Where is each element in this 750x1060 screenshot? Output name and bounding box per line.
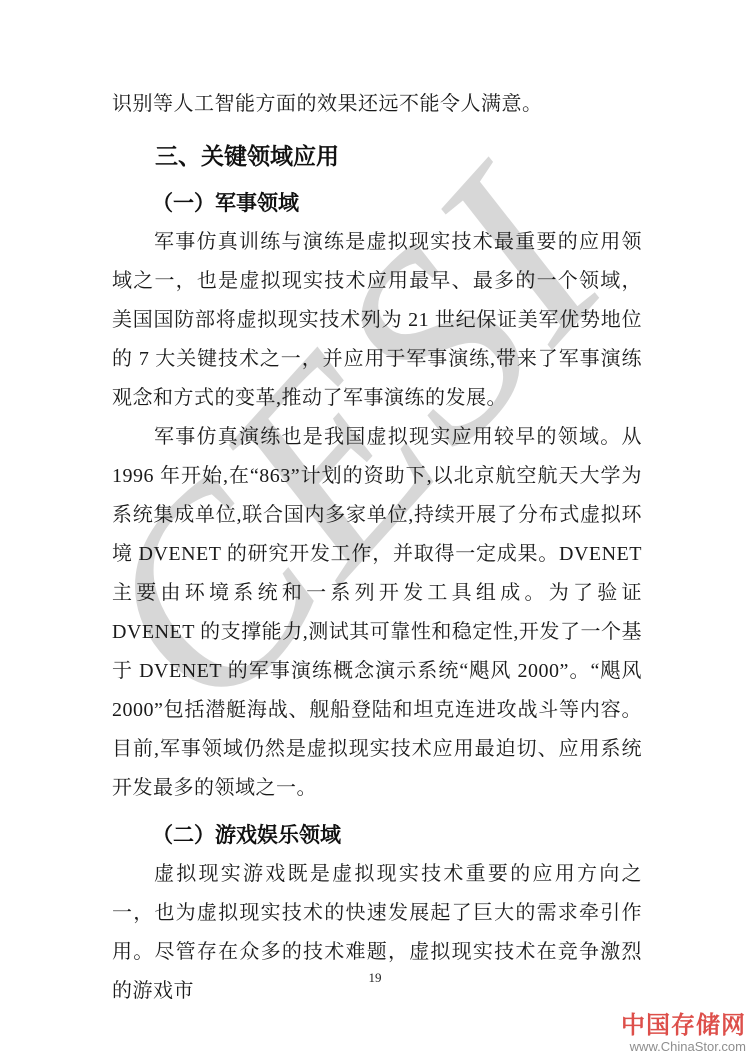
chinastor-logo-title: 中国存储网: [621, 1013, 746, 1039]
subsection-heading-military: （一）军事领域: [112, 184, 642, 223]
paragraph-military-2: 军事仿真演练也是我国虚拟现实应用较早的领域。从 1996 年开始,在“863”计…: [112, 418, 642, 808]
paragraph-military-1: 军事仿真训练与演练是虚拟现实技术最重要的应用领域之一，也是虚拟现实技术应用最早、…: [112, 223, 642, 418]
subsection-heading-gaming: （二）游戏娱乐领域: [112, 816, 642, 855]
section-heading-key-application-areas: 三、关键领域应用: [112, 137, 642, 176]
paragraph-intro-continuation: 识别等人工智能方面的效果还远不能令人满意。: [112, 85, 642, 124]
page-content: 识别等人工智能方面的效果还远不能令人满意。 三、关键领域应用 （一）军事领域 军…: [112, 85, 642, 1011]
chinastor-logo: 中国存储网 www.ChinaStor.com: [621, 1013, 746, 1054]
chinastor-logo-url: www.ChinaStor.com: [621, 1039, 746, 1054]
page-number: 19: [0, 968, 750, 988]
document-page: CESI 识别等人工智能方面的效果还远不能令人满意。 三、关键领域应用 （一）军…: [0, 0, 750, 1060]
